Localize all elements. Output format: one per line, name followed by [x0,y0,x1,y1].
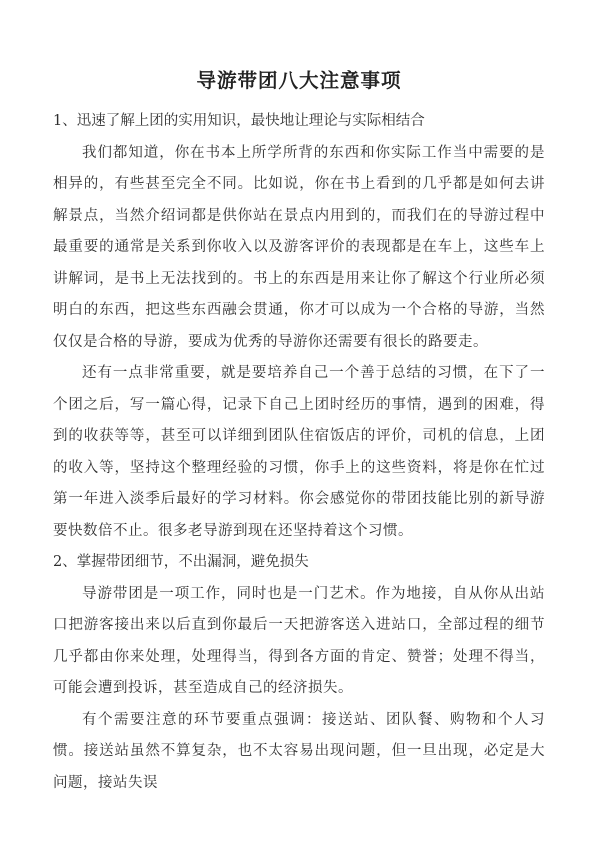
paragraph: 我们都知道，你在书本上所学所背的东西和你实际工作当中需要的是相异的，有些甚至完全… [53,138,545,359]
paragraph: 有个需要注意的环节要重点强调：接送站、团队餐、购物和个人习惯。接送站虽然不算复杂… [53,705,545,800]
section-1-heading: 1、迅速了解上团的实用知识，最快地让理论与实际相结合 [53,106,545,138]
document-body: 导游带团八大注意事项 1、迅速了解上团的实用知识，最快地让理论与实际相结合 我们… [53,66,545,799]
section-2: 2、掌握带团细节，不出漏洞，避免损失 导游带团是一项工作，同时也是一门艺术。作为… [53,547,545,799]
section-1: 1、迅速了解上团的实用知识，最快地让理论与实际相结合 我们都知道，你在书本上所学… [53,106,545,547]
section-2-heading: 2、掌握带团细节，不出漏洞，避免损失 [53,547,545,579]
document-page: 导游带团八大注意事项 1、迅速了解上团的实用知识，最快地让理论与实际相结合 我们… [0,0,595,842]
paragraph: 导游带团是一项工作，同时也是一门艺术。作为地接，自从你从出站口把游客接出来以后直… [53,579,545,705]
document-title: 导游带团八大注意事项 [53,66,545,96]
paragraph: 还有一点非常重要，就是要培养自己一个善于总结的习惯，在下了一个团之后，写一篇心得… [53,358,545,547]
